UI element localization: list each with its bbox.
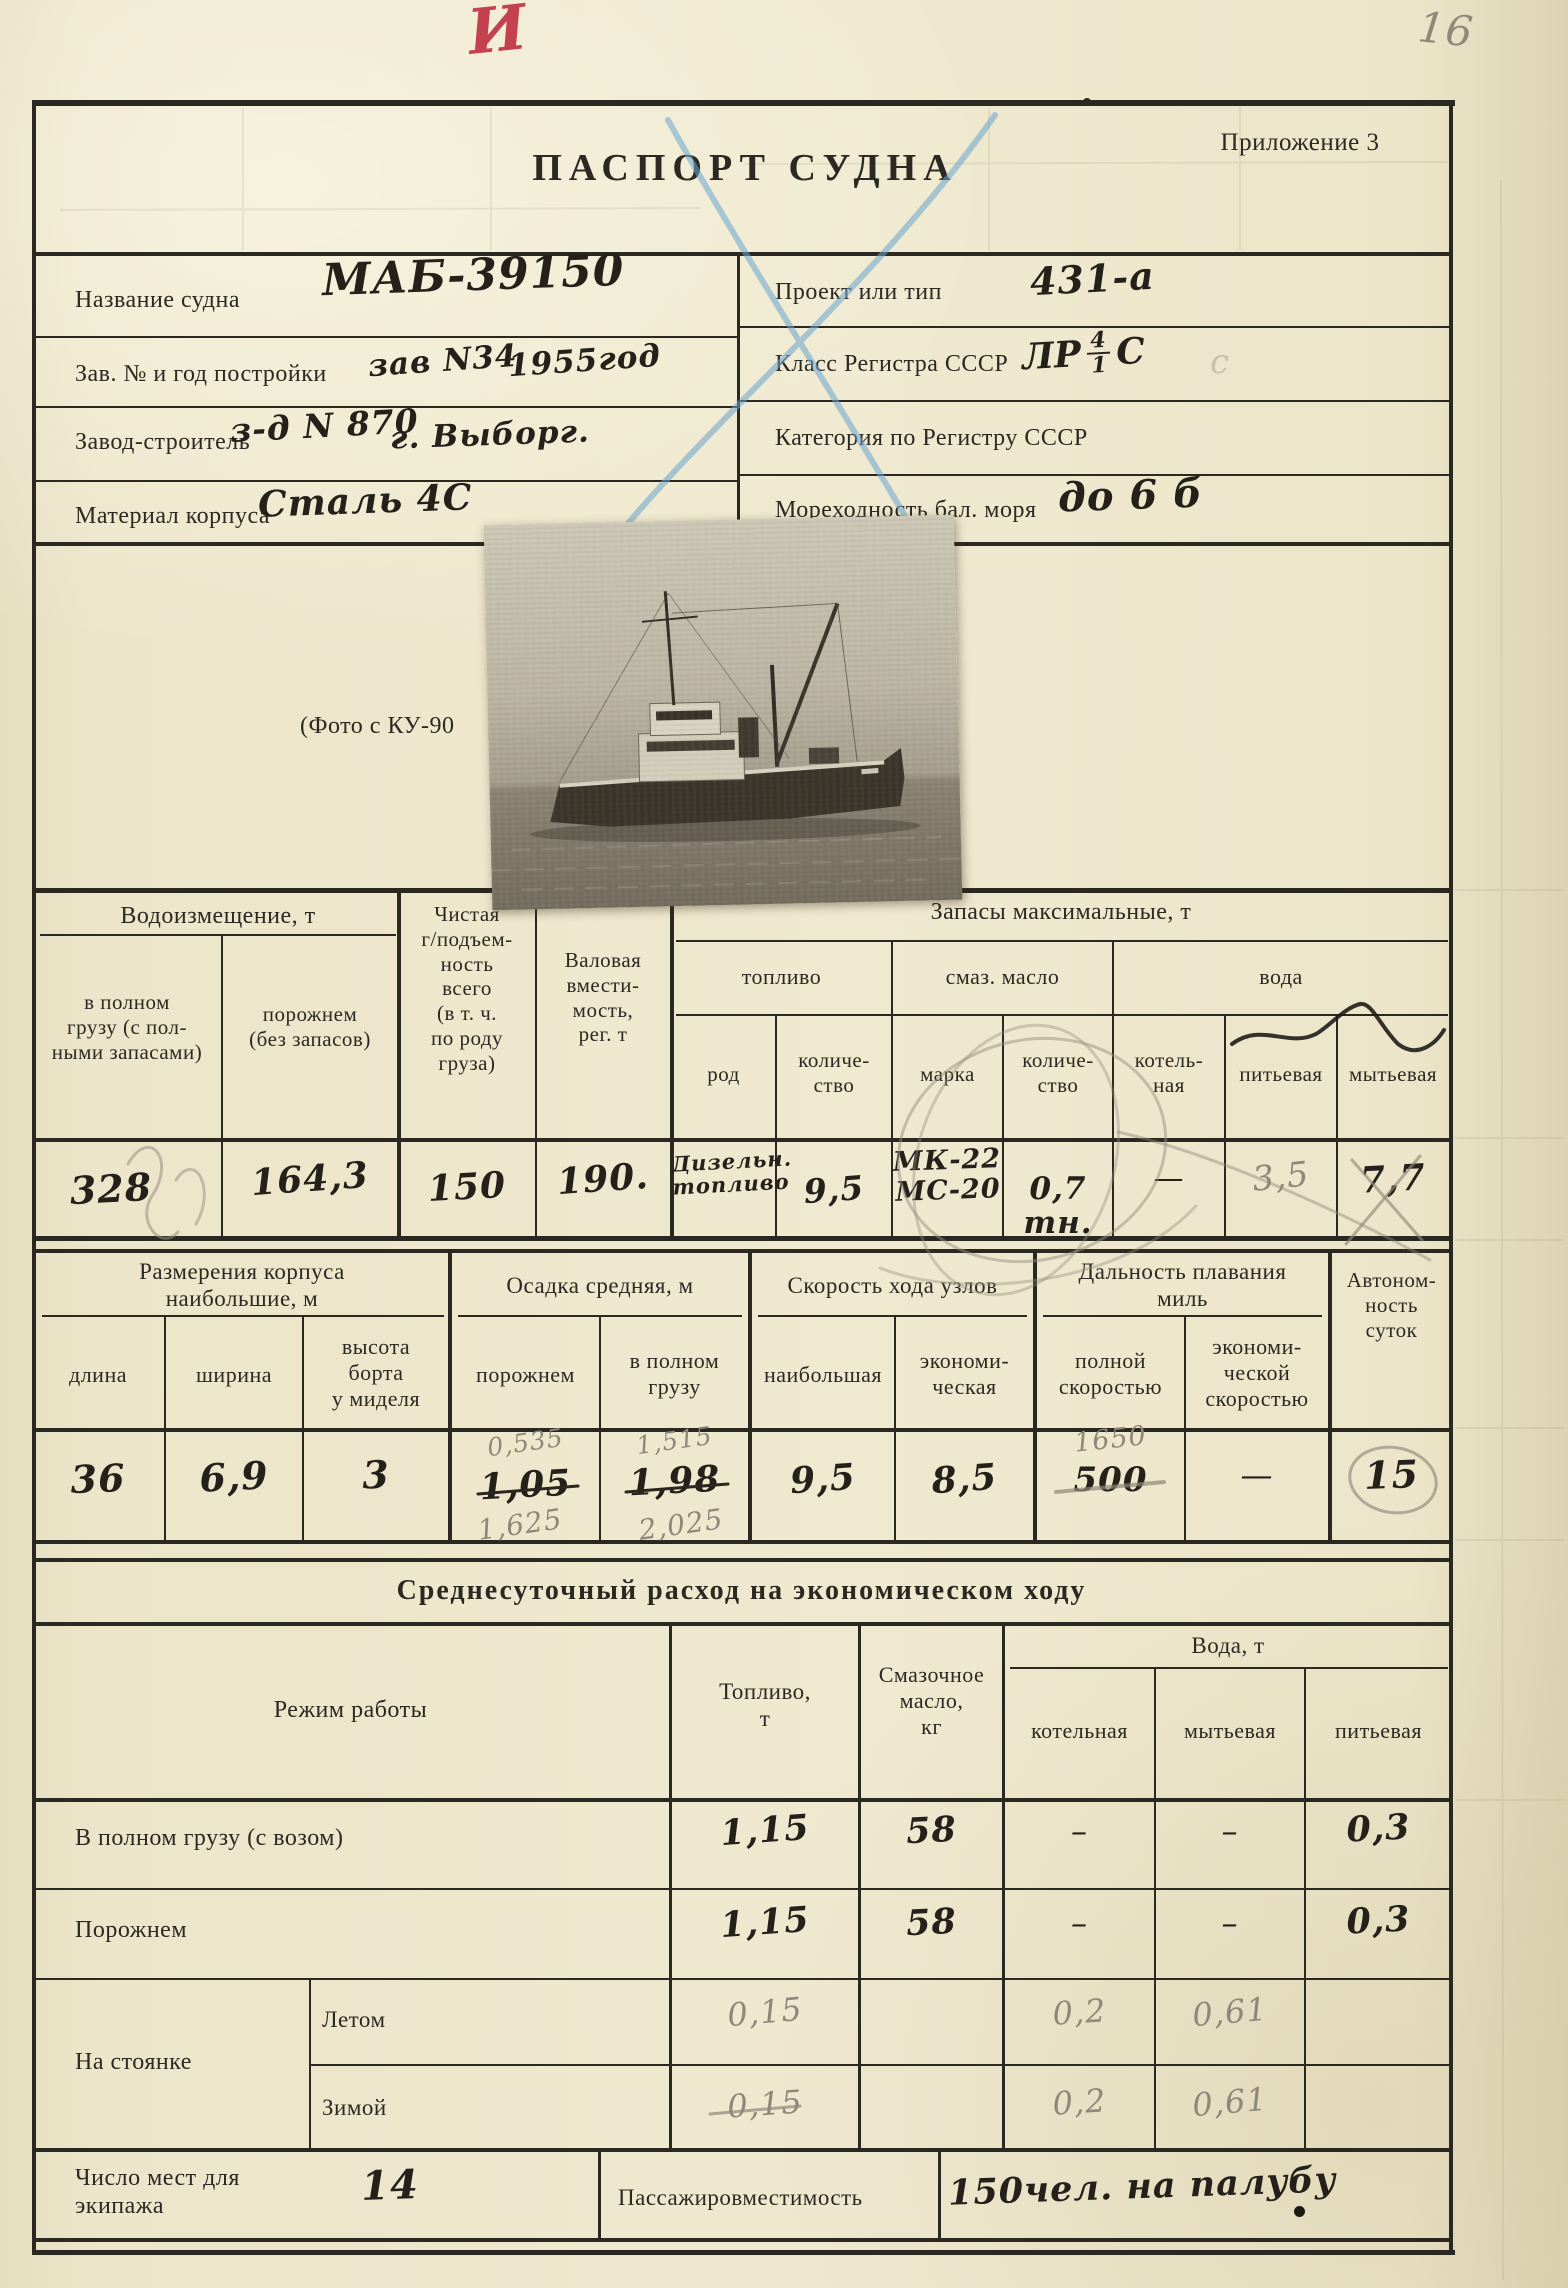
range-group-header: Дальность плавания миль: [1040, 1258, 1325, 1312]
row-full-load-boiler: –: [1005, 1814, 1154, 1849]
row-winter-wash: 0,61: [1155, 2080, 1305, 2126]
col-drink-water: питьевая: [1306, 1718, 1451, 1744]
row-full-load-wash: –: [1156, 1814, 1304, 1849]
col-draft-full: в полном грузу: [601, 1348, 748, 1400]
col-displacement-full: в полном грузу (с пол- ными запасами): [32, 990, 222, 1064]
build-label: Зав. № и год постройки: [75, 360, 327, 388]
col-speed-max: наибольшая: [752, 1362, 894, 1388]
col-water-wash: мытьевая: [1338, 1062, 1448, 1087]
ship-name-label: Название судна: [75, 286, 240, 314]
ship-photo: [484, 515, 963, 911]
row-summer-wash: 0,61: [1155, 1990, 1305, 2036]
col-depth: высота борта у миделя: [304, 1334, 448, 1412]
passenger-capacity-label: Пассажировместимость: [618, 2184, 863, 2211]
col-fuel-qty: количе- ство: [777, 1048, 891, 1098]
water-group-header: вода: [1114, 964, 1448, 990]
value-speed-eco: 8,5: [895, 1455, 1034, 1504]
crew-count-value: 14: [319, 2162, 460, 2211]
register-class-prefix: ЛР: [1021, 333, 1082, 378]
reserves-group-header: Запасы максимальные, т: [674, 898, 1448, 926]
scanned-ship-passport-page: И 16 ПАСПОРТ СУДНА Приложение 3 Название…: [0, 0, 1568, 2288]
col-oil-kg: Смазочное масло, кг: [861, 1662, 1002, 1740]
register-class-denominator: 1: [1091, 354, 1107, 377]
register-class-numerator: 4: [1086, 329, 1111, 355]
red-check-mark: И: [465, 0, 531, 67]
row-full-load-oil: 58: [860, 1808, 1003, 1854]
value-draft-full-pencil-below: 2,025: [600, 1499, 763, 1550]
register-class-pencil-ghost: с: [1210, 345, 1230, 381]
hull-material-label: Материал корпуса: [75, 502, 270, 530]
value-fuel-kind: Дизельн. топливо: [671, 1147, 776, 1199]
form-grid-lines: [0, 0, 1568, 2288]
dims-group-header: Размерения корпуса наибольшие, м: [40, 1258, 444, 1312]
row-empty-oil: 58: [860, 1900, 1003, 1946]
row-summer-boiler: 0,2: [1004, 1991, 1155, 2035]
value-fuel-qty: 9,5: [776, 1168, 892, 1212]
hull-material-value: Сталь 4С: [257, 478, 473, 525]
row-summer-fuel: 0,15: [671, 1988, 859, 2038]
value-draft-empty-pencil-above: 0,535: [451, 1420, 600, 1466]
register-class-value: ЛР 4 1 С: [1021, 327, 1146, 380]
col-water-boiler: котель- ная: [1114, 1048, 1224, 1098]
water-t-group-header: Вода, т: [1005, 1632, 1451, 1659]
row-full-load-label: В полном грузу (с возом): [75, 1824, 343, 1852]
row-moored-label: На стоянке: [75, 2048, 192, 2076]
value-speed-max: 9,5: [751, 1455, 895, 1504]
draft-group-header: Осадка средняя, м: [455, 1272, 745, 1299]
value-water-boiler: —: [1114, 1162, 1224, 1195]
col-oil-brand: марка: [893, 1062, 1002, 1087]
photo-caption: (Фото с КУ-90: [300, 712, 454, 740]
crew-count-label: Число мест для экипажа: [75, 2164, 240, 2221]
col-fuel-t: Топливо, т: [672, 1678, 858, 1732]
value-width: 6,9: [165, 1452, 303, 1501]
blue-cross-mark: [0, 0, 1568, 2288]
displacement-group-header: Водоизмещение, т: [40, 902, 396, 930]
ship-name-value: МАБ-39150: [321, 247, 625, 306]
col-draft-empty: порожнем: [452, 1362, 599, 1388]
col-speed-eco: экономи- ческая: [896, 1348, 1033, 1400]
row-empty-fuel: 1,15: [671, 1898, 859, 1949]
value-oil-brand: МК-22 МС-20: [892, 1144, 1003, 1207]
fuel-group-header: топливо: [672, 964, 891, 990]
autonomy-pencil-circle: [1343, 1439, 1443, 1522]
col-water-drink: питьевая: [1226, 1062, 1336, 1087]
build-value: зав N34: [367, 339, 519, 383]
value-displacement-full: 328: [35, 1164, 187, 1214]
value-length: 36: [31, 1456, 164, 1502]
row-winter-label: Зимой: [322, 2094, 387, 2121]
row-winter-boiler: 0,2: [1004, 2081, 1155, 2125]
ink-dot: [1294, 2206, 1305, 2217]
value-gross-capacity: 190.: [535, 1155, 671, 1204]
builder-city-value: г. Выборг.: [389, 415, 590, 456]
row-empty-drink: 0,3: [1305, 1898, 1452, 1944]
passenger-capacity-value: 150чел. на палубу: [947, 2161, 1337, 2213]
appendix-label: Приложение 3: [1150, 128, 1450, 158]
col-net-capacity: Чистая г/подъем- ность всего (в т. ч. по…: [399, 902, 535, 1075]
row-empty-boiler: –: [1005, 1906, 1154, 1941]
row-full-load-drink: 0,3: [1305, 1806, 1452, 1852]
value-range-full-pencil-above: 1650: [1036, 1418, 1185, 1462]
col-mode: Режим работы: [32, 1696, 669, 1724]
oil-group-header: смаз. масло: [893, 964, 1112, 990]
value-draft-full-pencil-above: 1,515: [600, 1418, 749, 1464]
col-gross-capacity: Валовая вмести- мость, рег. т: [536, 948, 670, 1047]
col-wash-water: мытьевая: [1156, 1718, 1304, 1744]
row-summer-label: Летом: [322, 2006, 386, 2033]
col-length: длина: [32, 1362, 164, 1388]
page-number: 16: [1416, 5, 1476, 55]
register-class-suffix: С: [1115, 329, 1146, 372]
value-oil-qty: 0,7 тн.: [1004, 1172, 1112, 1240]
speed-group-header: Скорость хода узлов: [755, 1272, 1030, 1299]
value-water-wash: 7,7: [1337, 1157, 1449, 1202]
category-label: Категория по Регистру СССР: [775, 424, 1088, 452]
row-empty-label: Порожнем: [75, 1916, 187, 1944]
bleed-through-lines: [0, 0, 1568, 2288]
col-oil-qty: количе- ство: [1004, 1048, 1112, 1098]
col-displacement-empty: порожнем (без запасов): [225, 1002, 395, 1052]
col-boiler-water: котельная: [1005, 1718, 1154, 1744]
project-type-label: Проект или тип: [775, 278, 942, 306]
seaworthiness-value: до 6 б: [1057, 471, 1204, 520]
handwritten-annotations: [0, 0, 1568, 2288]
row-full-load-fuel: 1,15: [671, 1806, 859, 1857]
value-range-full: 500: [1037, 1462, 1184, 1499]
col-range-full: полной скоростью: [1037, 1348, 1184, 1400]
col-fuel-kind: род: [672, 1062, 775, 1087]
register-class-label: Класс Регистра СССР: [775, 350, 1008, 378]
value-net-capacity: 150: [398, 1164, 536, 1211]
value-displacement-empty: 164,3: [221, 1154, 399, 1206]
value-water-drink-pencil: 3,5: [1224, 1154, 1337, 1201]
consumption-title: Среднесуточный расход на экономическом х…: [32, 1574, 1451, 1607]
build-year-value: 1955год: [507, 339, 662, 384]
project-type-value: 431-а: [1029, 255, 1156, 303]
value-range-eco: —: [1186, 1458, 1328, 1493]
photo-grain-texture: [484, 515, 963, 911]
value-draft-full: 1,98: [600, 1458, 749, 1505]
autonomy-group-header: Автоном- ность суток: [1332, 1268, 1451, 1342]
row-winter-fuel: 0,15: [671, 2082, 859, 2128]
col-width: ширина: [166, 1362, 302, 1388]
row-empty-wash: –: [1156, 1906, 1304, 1941]
builder-label: Завод-строитель: [75, 428, 250, 456]
page-title: ПАСПОРТ СУДНА: [420, 146, 1070, 191]
col-range-eco: экономи- ческой скоростью: [1186, 1334, 1328, 1412]
value-depth: 3: [303, 1452, 448, 1499]
